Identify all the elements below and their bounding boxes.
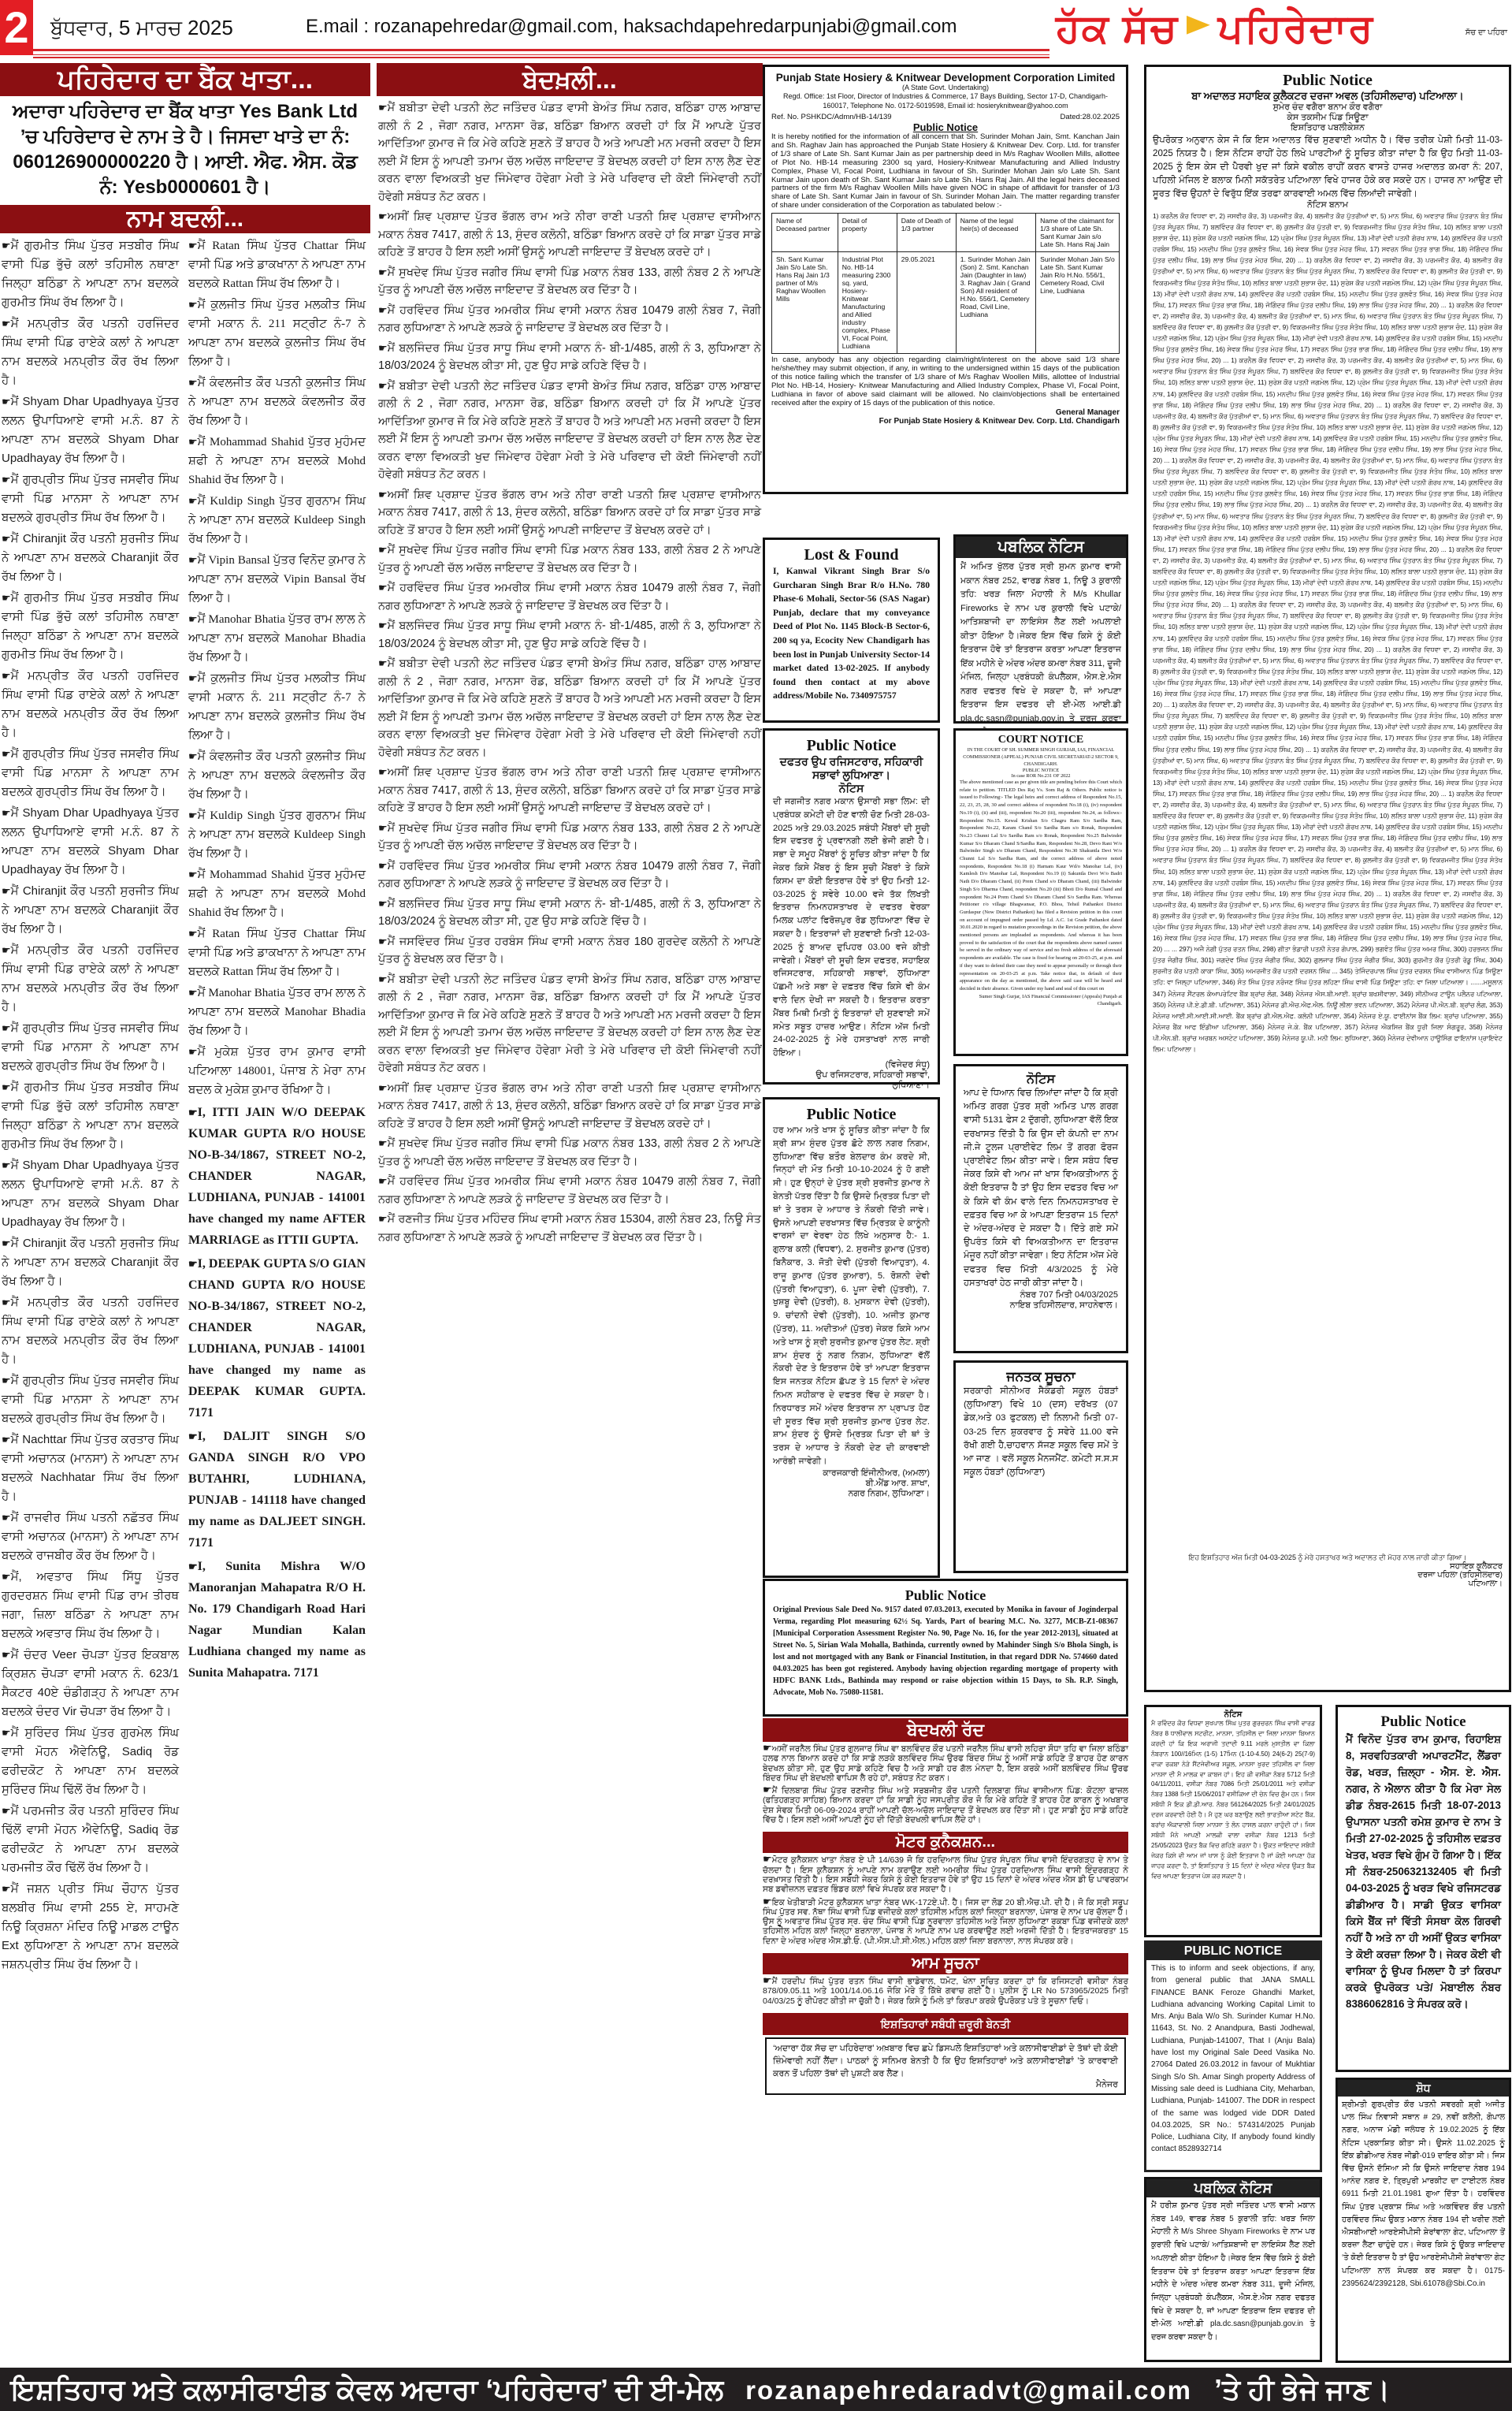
name-change-item: ਮੈਂ ਕੁਲਜੀਤ ਸਿੰਘ ਪੁੱਤਰ ਮਲਕੀਤ ਸਿੰਘ ਵਾਸੀ ਮਕ… <box>188 296 366 371</box>
name-change-item: ਮੈਂ Kuldip Singh ਪੁੱਤਰ ਗੁਰਨਾਮ ਸਿੰਘ ਨੇ ਆਪ… <box>188 492 366 549</box>
disinheritance-item: ਮੈਂ ਹਰਵਿੰਦਰ ਸਿੰਘ ਪੁੱਤਰ ਅਮਰੀਕ ਸਿੰਘ ਵਾਸੀ ਮ… <box>378 1173 761 1208</box>
court-signature: Sumer Singh Gurjar, IAS Financial Commis… <box>960 993 1122 1007</box>
motor-connection-list: ਮੋਟਰ ਕੁਨੈਕਸ਼ਨ ਖਾਤਾ ਨੰਬਰ ਏ ਪੀ 14/639 ਜੋ ਕ… <box>763 1853 1128 1950</box>
newspaper-logo: ਹੱਕ ਸੱਚਪਹਿਰੇਦਾਰ ਸੱਚ ਦਾ ਪਹਿਰਾ <box>1056 3 1509 54</box>
tehsildar-intro: ਉਪਰੋਕਤ ਅਨੁਵਾਨ ਕੇਸ ਜੋ ਕਿ ਇਸ ਅਦਾਲਤ ਵਿੱਚ ਸੁ… <box>1153 133 1503 200</box>
footer-text: ਇਸ਼ਤਿਹਾਰ ਅਤੇ ਕਲਾਸੀਫਾਈਡ ਕੇਵਲ ਅਦਾਰਾ ‘ਪਹਿਰੇ… <box>11 2373 723 2405</box>
column-disinheritance: ਬੇਦਖ਼ਲੀ... ਮੈਂ ਬਬੀਤਾ ਦੇਵੀ ਪਤਨੀ ਲੇਟ ਜਤਿੰਦ… <box>377 63 763 1704</box>
footer-email[interactable]: rozanapehredaradvt@gmail.com <box>745 2376 1192 2405</box>
name-change-item: ਮੈਂ Mohammad Shahid ਪੁੱਤਰ ਮੁਹੰਮਦ ਸ਼ਫੀ ਨੇ… <box>188 865 366 922</box>
name-change-item: ਮੈਂ Kuldip Singh ਪੁੱਤਰ ਗੁਰਨਾਮ ਸਿੰਘ ਨੇ ਆਪ… <box>188 806 366 863</box>
name-change-item: I, ITTI JAIN W/O DEEPAK KUMAR GUPTA R/O … <box>188 1102 366 1251</box>
page-number: 2 <box>0 0 33 55</box>
name-change-col-1: ਮੈਂ ਗੁਰਮੀਤ ਸਿੰਘ ਪੁੱਤਰ ਸਤਬੀਰ ਸਿੰਘ ਵਾਸੀ ਪਿ… <box>2 236 179 1977</box>
tehsildar-case-title: ਸੁਮੇਰ ਚੰਦ ਵਗੈਰਾ ਬਨਾਮ ਕੌਰ ਵਗੈਰਾ <box>1153 102 1503 113</box>
disinheritance-item: ਮੈਂ ਬਬੀਤਾ ਦੇਵੀ ਪਤਨੀ ਲੇਟ ਜਤਿੰਦਰ ਪੰਡਤ ਵਾਸੀ… <box>378 971 761 1077</box>
name-change-item: ਮੈਂ Ratan ਸਿੰਘ ਪੁੱਤਰ Chattar ਸਿੰਘ ਵਾਸੀ ਪ… <box>188 236 366 293</box>
bank-account-text: ਅਦਾਰਾ ਪਹਿਰੇਦਾਰ ਦਾ ਬੈਂਕ ਖਾਤਾ Yes Bank Ltd… <box>0 96 370 203</box>
name-change-item: ਮੈਂ Manohar Bhatia ਪੁੱਤਰ ਰਾਮ ਲਾਲ ਨੇ ਆਪਣਾ… <box>188 610 366 667</box>
shyam-title: ਪਬਲਿਕ ਨੋਟਿਸ <box>1146 2179 1320 2197</box>
name-change-item: ਮੈਂ Shyam Dhar Upadhyaya ਪੁੱਤਰ ਲਲਨ ਉਪਾਧਿ… <box>2 393 179 468</box>
bank-account-heading: ਪਹਿਰੇਦਾਰ ਦਾ ਬੈਂਕ ਖਾਤਾ... <box>0 63 370 96</box>
correction-notice: ਸ਼ੋਧ ਸ਼੍ਰੀਮਤੀ ਗੁਰਪ੍ਰੀਤ ਕੌਰ ਪਤਨੀ ਸਵਰਗੀ ਸ਼… <box>1336 2078 1511 2363</box>
disinheritance-item: ਮੈਂ ਜਸਵਿੰਦਰ ਸਿੰਘ ਪੁੱਤਰ ਹਰਬੰਸ ਸਿੰਘ ਵਾਸੀ ਮ… <box>378 933 761 969</box>
disinheritance-list: ਮੈਂ ਬਬੀਤਾ ਦੇਵੀ ਪਤਨੀ ਲੇਟ ਜਤਿੰਦਰ ਪੰਡਤ ਵਾਸੀ… <box>377 96 763 1704</box>
disinheritance-item: ਮੈਂ ਸੁਖਦੇਵ ਸਿੰਘ ਪੁੱਤਰ ਜਗੀਰ ਸਿੰਘ ਵਾਸੀ ਪਿੰ… <box>378 541 761 577</box>
jana-text: This is to inform and seek objections, i… <box>1146 1960 1320 2158</box>
disinheritance-revoked-list: ਅਸੀਂ ਜਰਨੈਲ ਸਿੰਘ ਪੁੱਤਰ ਗੁਲਜਾਰ ਸਿੰਘ ਵਾ ਬਲਵ… <box>763 1742 1128 1829</box>
disinheritance-item: ਮੈਂ ਬਬੀਤਾ ਦੇਵੀ ਪਤਨੀ ਲੇਟ ਜਤਿੰਦਰ ਪੰਡਤ ਵਾਸੀ… <box>378 655 761 761</box>
masthead: 2 ਬੁੱਧਵਾਰ, 5 ਮਾਰਚ 2025 E.mail : rozanape… <box>0 0 1512 61</box>
public-notice-shyam-fireworks: ਪਬਲਿਕ ਨੋਟਿਸ ਮੈਂ ਹਰੀਸ਼ ਕੁਮਾਰ ਪੁੱਤਰ ਸ੍ਰੀ ਜ… <box>1144 2177 1322 2362</box>
khanda-flag-icon <box>1187 16 1210 47</box>
name-change-item: ਮੈਂ ਰਾਜਵੀਰ ਸਿੰਘ ਪਤਨੀ ਨਛੱਤਰ ਸਿੰਘ ਵਾਸੀ ਅਚਾ… <box>2 1509 179 1565</box>
public-notice-cooperative: Public Notice ਦਫਤਰ ਉਪ ਰਜਿਸਟਰਾਰ, ਸਹਿਕਾਰੀ … <box>763 728 940 1085</box>
mansa-text: ਮੈ ਰਵਿੰਦਰ ਕੌਰ ਵਿਧਵਾ ਸੁਖਪਾਲ ਸਿੰਘ ਪੁਤਰ ਗੁਰ… <box>1151 1719 1315 1882</box>
table-cell: Surinder Mohan Jain S/o Late Sh. Sant Ku… <box>1036 252 1120 354</box>
name-change-item: ਮੈਂ ਮਨਪ੍ਰੀਤ ਕੌਰ ਪਤਨੀ ਹਰਜਿੰਦਰ ਸਿੰਘ ਵਾਸੀ ਪ… <box>2 314 179 390</box>
name-change-item: ਮੈਂ ਗੁਰਮੀਤ ਸਿੰਘ ਪੁੱਤਰ ਸਤਬੀਰ ਸਿੰਘ ਵਾਸੀ ਪਿ… <box>2 236 179 312</box>
tehsildar-signature: ਪਟਿਆਲਾ। <box>1153 1579 1503 1588</box>
table-cell: 1. Surinder Mohan Jain (Son) 2. Smt. Kan… <box>956 252 1035 354</box>
table-header: Name of Deceased partner <box>772 214 838 252</box>
table-cell: Sh. Sant Kumar Jain S/o Late Sh. Hans Ra… <box>772 252 838 354</box>
hosiery-subtitle: (A State Govt. Undertaking) <box>771 84 1120 91</box>
issue-date: ਬੁੱਧਵਾਰ, 5 ਮਾਰਚ 2025 <box>50 16 233 41</box>
ad-disclaimer-box: ‘ਅਦਾਰਾ ਹੱਕ ਸੱਚ ਦਾ ਪਹਿਰੇਦਾਰ’ ਅਖ਼ਬਾਰ ਵਿਚ ਛ… <box>765 2037 1126 2095</box>
compassion-signature: ਕਾਰਜਕਾਰੀ ਇੰਜੀਨੀਅਰ, (ਅਮਲਾ) <box>773 1468 930 1479</box>
name-change-item: ਮੈਂ Vipin Bansal ਪੁੱਤਰ ਵਿਨੋਦ ਕੁਮਾਰ ਨੇ ਆਪ… <box>188 551 366 608</box>
name-change-item: ਮੈਂ ਕੰਵਲਜੀਤ ਕੌਰ ਪਤਨੀ ਕੁਲਜੀਤ ਸਿੰਘ ਨੇ ਆਪਣਾ… <box>188 374 366 430</box>
correction-text: ਸ਼੍ਰੀਮਤੀ ਗੁਰਪ੍ਰੀਤ ਕੌਰ ਪਤਨੀ ਸਵਰਗੀ ਸ਼੍ਰੀ ਅ… <box>1338 2097 1509 2293</box>
mansa-title: ਨੋਟਿਸ <box>1151 1710 1315 1719</box>
disinheritance-item: ਮੈਂ ਬਲਜਿੰਦਰ ਸਿੰਘ ਪੁੱਤਰ ਸਾਧੂ ਸਿੰਘ ਵਾਸੀ ਮਕ… <box>378 895 761 931</box>
court-case: In case ROR No.231 OF 2022 <box>960 773 1122 779</box>
disinheritance-heading: ਬੇਦਖ਼ਲੀ... <box>377 63 763 96</box>
coop-signature: ਉਪ ਰਜਿਸਟਰਾਰ, ਸਹਿਕਾਰੀ ਸਭਾਵਾਂ, <box>773 1070 930 1081</box>
general-info-heading: ਆਮ ਸੂਚਨਾ <box>763 1953 1128 1974</box>
disinheritance-item: ਮੈਂ ਸੁਖਦੇਵ ਸਿੰਘ ਪੁੱਤਰ ਜਗੀਰ ਸਿੰਘ ਵਾਸੀ ਪਿੰ… <box>378 264 761 300</box>
table-header: Date of Death of 1/3 partner <box>897 214 956 252</box>
party-list-start: 1) ਕਰਨੈਲ ਕੌਰ ਵਿਧਵਾ ਵਾ, 2) ਜਸਵੀਰ ਕੌਰ, 3) … <box>1153 646 1503 709</box>
court-name: IN THE COURT OF SH. SUMMER SINGH GURJAR,… <box>960 746 1122 768</box>
bathinda-text: Original Previous Sale Deed No. 9157 dat… <box>773 1604 1118 1698</box>
name-change-item: ਮੈਂ ਪਰਮਜੀਤ ਕੌਰ ਪਤਨੀ ਸੁਰਿੰਦਰ ਸਿੰਘ ਢਿੱਲੋਂ … <box>2 1802 179 1877</box>
disclaimer-signature: ਮੈਨੇਜਰ <box>773 2080 1118 2090</box>
party-list-start: 1) ਕਰਨੈਲ ਕੌਰ ਵਿਧਵਾ ਵਾ, 2) ਜਸਵੀਰ ਕੌਰ, 3) … <box>1153 890 1503 953</box>
logo-text-part: ਪਹਿਰੇਦਾਰ <box>1218 6 1374 50</box>
tehsildar-party-list: 1) ਕਰਨੈਲ ਕੌਰ ਵਿਧਵਾ ਵਾ, 2) ਜਸਵੀਰ ਕੌਰ, 3) … <box>1153 210 1503 1550</box>
hosiery-address: Regd. Office: 1st Floor, Director of Ind… <box>771 91 1120 110</box>
ad-disclaimer-heading: ਇਸ਼ਤਿਹਾਰਾਂ ਸਬੰਧੀ ਜ਼ਰੂਰੀ ਬੇਨਤੀ <box>763 2013 1128 2035</box>
hosiery-signatory-org: For Punjab State Hosiery & Knitwear Dev.… <box>771 417 1120 426</box>
compassion-title: Public Notice <box>773 1106 930 1124</box>
khullar-title: ਪਬਲਿਕ ਨੋਟਿਸ <box>956 537 1126 558</box>
public-notice-khullar: ਪਬਲਿਕ ਨੋਟਿਸ ਮੈਂ ਅਮਿਤ ਖੁੱਲਰ ਪੁੱਤਰ ਸ੍ਰੀ ਸੁ… <box>953 534 1128 724</box>
public-information-auction: ਜਨਤਕ ਸੂਚਨਾ ਸਰਕਾਰੀ ਸੀਨੀਅਰ ਸੈਕੰਡਰੀ ਸਕੂਲ ਹੰ… <box>953 1360 1128 1573</box>
compassion-signature: ਬੀ.ਐਂਡ ਆਰ. ਸ਼ਾਖਾ, <box>773 1479 930 1489</box>
public-info-title: ਜਨਤਕ ਸੂਚਨਾ <box>964 1369 1118 1385</box>
name-change-item: ਮੈਂ ਕੰਵਲਜੀਤ ਕੌਰ ਪਤਨੀ ਕੁਲਜੀਤ ਸਿੰਘ ਨੇ ਆਪਣਾ… <box>188 747 366 804</box>
party-list-start: 1) ਕਰਨੈਲ ਕੌਰ ਵਿਧਵਾ ਵਾ, 2) ਜਸਵੀਰ ਕੌਰ, 3) … <box>1153 301 1503 364</box>
name-change-item: ਮੈਂ Shyam Dhar Upadhyaya ਪੁੱਤਰ ਲਲਨ ਉਪਾਧਿ… <box>2 1156 179 1232</box>
disinheritance-item: ਮੈਂ ਹਰਵਿੰਦਰ ਸਿੰਘ ਪੁੱਤਰ ਅਮਰੀਕ ਸਿੰਘ ਵਾਸੀ ਮ… <box>378 579 761 615</box>
name-change-item: ਮੈਂ ਮਨਪ੍ਰੀਤ ਕੌਰ ਪਤਨੀ ਹਰਜਿੰਦਰ ਸਿੰਘ ਵਾਸੀ ਪ… <box>2 667 179 742</box>
hosiery-table: Name of Deceased partner Detail of prope… <box>771 213 1120 354</box>
court-notice: COURT NOTICE IN THE COURT OF SH. SUMMER … <box>953 728 1128 1056</box>
disinheritance-item: ਮੈਂ ਹਰਵਿੰਦਰ ਸਿੰਘ ਪੁੱਤਰ ਅਮਰੀਕ ਸਿੰਘ ਵਾਸੀ ਮ… <box>378 858 761 893</box>
garg-ref: ਨੰਬਰ 707 ਮਿਤੀ 04/03/2025 <box>964 1290 1118 1300</box>
name-change-item: ਮੈਂ ਕੁਲਜੀਤ ਸਿੰਘ ਪੁੱਤਰ ਮਲਕੀਤ ਸਿੰਘ ਵਾਸੀ ਮਕ… <box>188 669 366 745</box>
name-change-item: ਮੈਂ Mohammad Shahid ਪੁੱਤਰ ਮੁਹੰਮਦ ਸ਼ਫੀ ਨੇ… <box>188 433 366 489</box>
general-info-item: ਮੈਂ ਹਰਦੀਪ ਸਿੰਘ ਪੁੱਤਰ ਰਤਨ ਸਿੰਘ ਵਾਸੀ ਭਾਡੇਵ… <box>763 1976 1128 2006</box>
jana-title: PUBLIC NOTICE <box>1146 1943 1320 1960</box>
hosiery-closing: In case, anybody has any objection regar… <box>771 356 1120 407</box>
name-change-item: ਮੈਂ Ratan ਸਿੰਘ ਪੁੱਤਰ Chattar ਸਿੰਘ ਵਾਸੀ ਪ… <box>188 925 366 981</box>
table-header: Name of the legal heir(s) of deceased <box>956 214 1035 252</box>
shyam-text: ਮੈਂ ਹਰੀਸ਼ ਕੁਮਾਰ ਪੁੱਤਰ ਸ੍ਰੀ ਜਤਿੰਦਰ ਪਾਲ ਵਾ… <box>1146 2197 1320 2347</box>
tehsildar-list-heading: ਨੋਟਿਸ ਬਨਾਮ <box>1153 200 1503 210</box>
garg-signature: ਨਾਇਬ ਤਹਿਸੀਲਦਾਰ, ਸਾਹਨੇਵਾਲ। <box>964 1300 1118 1311</box>
name-change-heading: ਨਾਮ ਬਦਲੀ... <box>0 205 370 233</box>
name-change-item: ਮੈਂ ਮਨਪ੍ਰੀਤ ਕੌਰ ਪਤਨੀ ਹਰਜਿੰਦਰ ਸਿੰਘ ਵਾਸੀ ਪ… <box>2 1293 179 1369</box>
tehsildar-court: ਬਾ ਅਦਾਲਤ ਸਹਾਇਕ ਕੁਲੈਕਟਰ ਦਰਜਾ ਅਵਲ (ਤਹਿਸੀਲਦ… <box>1153 90 1503 102</box>
contact-emails: E.mail : rozanapehredar@gmail.com, haksa… <box>306 16 957 38</box>
tehsildar-signature: ਦਰਜਾ ਪਹਿਲਾ (ਤਹਿਸੀਲਦਾਰ) <box>1153 1571 1503 1579</box>
disinheritance-item: ਅਸੀਂ ਸ਼ਿਵ ਪ੍ਰਸ਼ਾਦ ਪੁੱਤਰ ਭੱਗਲ ਰਾਮ ਅਤੇ ਨੀਰ… <box>378 486 761 540</box>
name-change-item: ਮੈਂ ਸੁਰਿੰਦਰ ਸਿੰਘ ਪੁੱਤਰ ਗੁਰਮੇਲ ਸਿੰਘ ਵਾਸੀ … <box>2 1724 179 1799</box>
disinheritance-item: ਮੈਂ ਬਬੀਤਾ ਦੇਵੀ ਪਤਨੀ ਲੇਟ ਜਤਿੰਦਰ ਪੰਡਤ ਵਾਸੀ… <box>378 99 761 206</box>
column-lower-sections: ਬੇਦਖਲੀ ਰੱਦ ਅਸੀਂ ਜਰਨੈਲ ਸਿੰਘ ਪੁੱਤਰ ਗੁਲਜਾਰ … <box>763 1718 1128 2095</box>
name-change-item: ਮੈਂ ਮਨਪ੍ਰੀਤ ਕੌਰ ਪਤਨੀ ਹਰਜਿੰਦਰ ਸਿੰਘ ਵਾਸੀ ਪ… <box>2 941 179 1017</box>
party-list-start: 1) ਕਰਨੈਲ ਕੌਰ ਵਿਧਵਾ ਵਾ, 2) ਜਸਵੀਰ ਕੌਰ, 3) … <box>1153 401 1503 464</box>
name-change-item: ਮੈਂ Chiranjit ਕੌਰ ਪਤਨੀ ਸੁਰਜੀਤ ਸਿੰਘ ਨੇ ਆਪ… <box>2 530 179 586</box>
public-notice-bathinda: Public Notice Original Previous Sale Dee… <box>763 1579 1128 1717</box>
logo-tagline: ਸੱਚ ਦਾ ਪਹਿਰਾ <box>1466 8 1507 58</box>
bathinda-title: Public Notice <box>773 1587 1118 1604</box>
kharar-title: Public Notice <box>1346 1713 1501 1731</box>
name-change-item: ਮੈਂ Chiranjit ਕੌਰ ਪਤਨੀ ਸੁਰਜੀਤ ਸਿੰਘ ਨੇ ਆਪ… <box>2 882 179 939</box>
public-notice-compassionate: Public Notice ਹਰ ਆਮ ਅਤੇ ਖਾਸ ਨੂੰ ਸੂਚਿਤ ਕੀ… <box>763 1097 940 1578</box>
name-change-item: ਮੈਂ Manohar Bhatia ਪੁੱਤਰ ਰਾਮ ਲਾਲ ਨੇ ਆਪਣਾ… <box>188 984 366 1040</box>
name-change-item: ਮੈਂ ਗੁਰਮੀਤ ਸਿੰਘ ਪੁੱਤਰ ਸਤਬੀਰ ਸਿੰਘ ਵਾਸੀ ਪਿ… <box>2 1078 179 1154</box>
table-header-row: Name of Deceased partner Detail of prope… <box>772 214 1120 252</box>
hosiery-ref-row: Ref. No. PSHKDC/Admn/HB-14/139 Dated:28.… <box>771 113 1120 121</box>
logo-text-part: ਹੱਕ ਸੱਚ <box>1056 6 1179 50</box>
tehsildar-public-notice: Public Notice ਬਾ ਅਦਾਲਤ ਸਹਾਇਕ ਕੁਲੈਕਟਰ ਦਰਜ… <box>1144 65 1511 1692</box>
party-list-start: 1) ਕਰਨੈਲ ਕੌਰ ਵਿਧਵਾ ਵਾ, 2) ਜਸਵੀਰ ਕੌਰ, 3) … <box>1153 545 1503 608</box>
tehsildar-issued: ਇਹ ਇਸ਼ਤਿਹਾਰ ਅੱਜ ਮਿਤੀ 04-03-2025 ਨੂੰ ਮੇਰੇ… <box>1153 1553 1503 1562</box>
disinheritance-item: ਮੈਂ ਸੁਖਦੇਵ ਸਿੰਘ ਪੁੱਤਰ ਜਗੀਰ ਸਿੰਘ ਵਾਸੀ ਪਿੰ… <box>378 1135 761 1170</box>
name-change-item: ਮੈਂ Chiranjit ਕੌਰ ਪਤਨੀ ਸੁਰਜੀਤ ਸਿੰਘ ਨੇ ਆਪ… <box>2 1234 179 1291</box>
disinheritance-item: ਅਸੀਂ ਸ਼ਿਵ ਪ੍ਰਸ਼ਾਦ ਪੁੱਤਰ ਭੱਗਲ ਰਾਮ ਅਤੇ ਨੀਰ… <box>378 1080 761 1133</box>
table-cell: Industrial Plot No. HB-14 measuring 2300… <box>838 252 897 354</box>
name-change-columns: ਮੈਂ ਗੁਰਮੀਤ ਸਿੰਘ ਪੁੱਤਰ ਸਤਬੀਰ ਸਿੰਘ ਵਾਸੀ ਪਿ… <box>0 233 370 1980</box>
name-change-item: ਮੈਂ ਗੁਰਪ੍ਰੀਤ ਸਿੰਘ ਪੁੱਤਰ ਜਸਵੀਰ ਸਿੰਘ ਵਾਸੀ … <box>2 471 179 527</box>
masthead-rule <box>33 49 1049 58</box>
name-change-item: ਮੈਂ ਗੁਰਪ੍ਰੀਤ ਸਿੰਘ ਪੁੱਤਰ ਜਸਵੀਰ ਸਿੰਘ ਵਾਸੀ … <box>2 1371 179 1428</box>
lost-found-text: I, Kanwal Vikrant Singh Brar S/o Gurchar… <box>773 564 930 703</box>
hosiery-public-notice: Punjab State Hosiery & Knitwear Developm… <box>763 65 1128 494</box>
coop-signature: ਲੁਧਿਆਣਾ। <box>773 1081 930 1091</box>
coop-title: Public Notice <box>773 737 930 755</box>
disinheritance-item: ਮੈਂ ਹਰਵਿੰਦਰ ਸਿੰਘ ਪੁੱਤਰ ਅਮਰੀਕ ਸਿੰਘ ਵਾਸੀ ਮ… <box>378 302 761 337</box>
name-change-item: ਮੈਂ Shyam Dhar Upadhyaya ਪੁੱਤਰ ਲਲਨ ਉਪਾਧਿ… <box>2 804 179 880</box>
name-change-item: ਮੈਂ ਜਸ਼ਨ ਪ੍ਰੀਤ ਸਿੰਘ ਚੌਹਾਨ ਪੁੱਤਰ ਬਲਬੀਰ ਸਿ… <box>2 1880 179 1974</box>
name-change-item: I, DEEPAK GUPTA S/O GIAN CHAND GUPTA R/O… <box>188 1253 366 1423</box>
kharar-text: ਮੈਂ ਵਿਨੋਦ ਪੁੱਤਰ ਰਾਮ ਕੁਮਾਰ, ਰਿਹਾਇਸ਼ 8, ਸਰ… <box>1346 1731 1501 2012</box>
motor-item: ਮੋਟਰ ਕੁਨੈਕਸ਼ਨ ਖਾਤਾ ਨੰਬਰ ਏ ਪੀ 14/639 ਜੋ ਕ… <box>763 1855 1128 1894</box>
correction-title: ਸ਼ੋਧ <box>1338 2080 1509 2097</box>
hosiery-title: Public Notice <box>771 121 1120 133</box>
motor-connection-heading: ਮੋਟਰ ਕੁਨੈਕਸ਼ਨ... <box>763 1832 1128 1853</box>
name-change-item: ਮੈਂ Nachttar ਸਿੰਘ ਪੁੱਤਰ ਕਰਤਾਰ ਸਿੰਘ ਵਾਸੀ … <box>2 1431 179 1506</box>
garg-text: ਆਪ ਦੇ ਧਿਆਨ ਵਿਚ ਲਿਆਂਦਾ ਜਾਂਦਾ ਹੈ ਕਿ ਸ਼੍ਰੀ … <box>964 1087 1118 1290</box>
hosiery-ref-no: Ref. No. PSHKDC/Admn/HB-14/139 <box>771 113 892 121</box>
hosiery-date: Dated:28.02.2025 <box>1060 113 1120 121</box>
name-change-item: ਮੈਂ ਚੰਦਰ Veer ਚੋਪੜਾ ਪੁੱਤਰ ਇਕਬਾਲ ਕ੍ਰਿਸ਼ਨ … <box>2 1646 179 1721</box>
name-change-col-2: ਮੈਂ Ratan ਸਿੰਘ ਪੁੱਤਰ Chattar ਸਿੰਘ ਵਾਸੀ ਪ… <box>188 236 366 1977</box>
tehsildar-signature: ਸਹਾਇਕ ਕੁਲੈਕਟਰ <box>1153 1562 1503 1571</box>
hosiery-signatory: General Manager <box>771 408 1120 417</box>
table-cell: 29.05.2021 <box>897 252 956 354</box>
name-change-item: ਮੈਂ ਗੁਰਪ੍ਰੀਤ ਸਿੰਘ ਪੁੱਤਰ ਜਸਵੀਰ ਸਿੰਘ ਵਾਸੀ … <box>2 1019 179 1076</box>
disinheritance-item: ਮੈਂ ਰਣਜੀਤ ਸਿੰਘ ਪੁੱਤਰ ਮਹਿੰਦਰ ਸਿੰਘ ਵਾਸੀ ਮਕ… <box>378 1211 761 1246</box>
disinheritance-item: ਮੈਂ ਬਬੀਤਾ ਦੇਵੀ ਪਤਨੀ ਲੇਟ ਜਤਿੰਦਰ ਪੰਡਤ ਵਾਸੀ… <box>378 378 761 484</box>
coop-label: ਨੋਟਿਸ <box>773 782 930 795</box>
revoked-item: ਅਸੀਂ ਜਰਨੈਲ ਸਿੰਘ ਪੁੱਤਰ ਗੁਲਜਾਰ ਸਿੰਘ ਵਾ ਬਲਵ… <box>763 1743 1128 1783</box>
khullar-text: ਮੈਂ ਅਮਿਤ ਖੁੱਲਰ ਪੁੱਤਰ ਸ੍ਰੀ ਸੁਮਨ ਕੁਮਾਰ ਵਾਸ… <box>956 558 1126 742</box>
disinheritance-item: ਮੈਂ ਸੁਖਦੇਵ ਸਿੰਘ ਪੁੱਤਰ ਜਗੀਰ ਸਿੰਘ ਵਾਸੀ ਪਿੰ… <box>378 820 761 855</box>
disinheritance-item: ਅਸੀਂ ਸ਼ਿਵ ਪ੍ਰਸ਼ਾਦ ਪੁੱਤਰ ਭੱਗਲ ਰਾਮ ਅਤੇ ਨੀਰ… <box>378 208 761 262</box>
name-change-item: ਮੈਂ, ਅਵਤਾਰ ਸਿੰਘ ਸਿੱਧੂ ਪੁੱਤਰ ਗੁਰਦਰਸ਼ਨ ਸਿੰ… <box>2 1568 179 1643</box>
disinheritance-item: ਮੈਂ ਬਲਜਿੰਦਰ ਸਿੰਘ ਪੁੱਤਰ ਸਾਧੂ ਸਿੰਘ ਵਾਸੀ ਮਕ… <box>378 340 761 375</box>
disinheritance-item: ਅਸੀਂ ਸ਼ਿਵ ਪ੍ਰਸ਼ਾਦ ਪੁੱਤਰ ਭੱਗਲ ਰਾਮ ਅਤੇ ਨੀਰ… <box>378 764 761 817</box>
motor-item: ਇਕ ਖੇਤੀਬਾੜੀ ਮੋਟਰ ਕੁਨੈਕਸਨ ਖਾਤਾ ਨੰਬਰ WK-17… <box>763 1897 1128 1946</box>
disclaimer-text: ‘ਅਦਾਰਾ ਹੱਕ ਸੱਚ ਦਾ ਪਹਿਰੇਦਾਰ’ ਅਖ਼ਬਾਰ ਵਿਚ ਛ… <box>773 2042 1118 2080</box>
name-change-item: ਮੈਂ ਗੁਰਮੀਤ ਸਿੰਘ ਪੁੱਤਰ ਸਤਬੀਰ ਸਿੰਘ ਵਾਸੀ ਪਿ… <box>2 589 179 664</box>
party-list-start: 1) ਕਰਨੈਲ ਕੌਰ ਵਿਧਵਾ ਵਾ, 2) ਜਸਵੀਰ ਕੌਰ, 3) … <box>1153 790 1503 853</box>
revoked-item: ਮੈਂ ਦਿਲਬਾਗ ਸਿੰਘ ਪੁੱਤਰ ਰਣਜੀਤ ਸਿੰਘ ਅਤੇ ਸਰਬ… <box>763 1785 1128 1825</box>
hosiery-intro: It is hereby notified for the informatio… <box>771 133 1120 210</box>
tehsildar-case-type: ਕੇਸ ਤਕਸੀਮ ਪਿੰਡ ਸਿਊਣਾ <box>1153 113 1503 123</box>
public-notice-jana-bank: PUBLIC NOTICE This is to inform and seek… <box>1144 1940 1322 2172</box>
compassion-signature: ਨਗਰ ਨਿਗਮ, ਲੁਧਿਆਣਾ। <box>773 1489 930 1499</box>
public-notice-kharar: Public Notice ਮੈਂ ਵਿਨੋਦ ਪੁੱਤਰ ਰਾਮ ਕੁਮਾਰ,… <box>1336 1705 1511 2072</box>
notice-garg-forge: ਨੋਟਿਸ ਆਪ ਦੇ ਧਿਆਨ ਵਿਚ ਲਿਆਂਦਾ ਜਾਂਦਾ ਹੈ ਕਿ … <box>953 1064 1128 1353</box>
compassion-text: ਹਰ ਆਮ ਅਤੇ ਖਾਸ ਨੂੰ ਸੂਚਿਤ ਕੀਤਾ ਜਾਂਦਾ ਹੈ ਕਿ… <box>773 1124 930 1468</box>
disinheritance-revoked-heading: ਬੇਦਖਲੀ ਰੱਦ <box>763 1718 1128 1742</box>
name-change-item: I, DALJIT SINGH S/O GANDA SINGH R/O VPO … <box>188 1426 366 1553</box>
public-info-text: ਸਰਕਾਰੀ ਸੀਨੀਅਰ ਸੈਕੰਡਰੀ ਸਕੂਲ ਹੰਬੜਾਂ (ਲੁਧਿਆ… <box>964 1385 1118 1479</box>
name-change-item: ਮੈਂ ਗੁਰਪ੍ਰੀਤ ਸਿੰਘ ਪੁੱਤਰ ਜਸਵੀਰ ਸਿੰਘ ਵਾਸੀ … <box>2 745 179 802</box>
lost-found-title: Lost & Found <box>773 546 930 564</box>
name-change-item: ਮੈਂ ਮੁਕੇਸ਼ ਪੁੱਤਰ ਰਾਮ ਕੁਮਾਰ ਵਾਸੀ ਪਟਿਆਲਾ 1… <box>188 1043 366 1099</box>
lost-and-found-notice: Lost & Found I, Kanwal Vikrant Singh Bra… <box>763 538 940 723</box>
notice-mansa: ਨੋਟਿਸ ਮੈ ਰਵਿੰਦਰ ਕੌਰ ਵਿਧਵਾ ਸੁਖਪਾਲ ਸਿੰਘ ਪੁ… <box>1144 1705 1322 1937</box>
column-name-change: ਪਹਿਰੇਦਾਰ ਦਾ ਬੈਂਕ ਖਾਤਾ... ਅਦਾਰਾ ਪਹਿਰੇਦਾਰ … <box>0 63 370 1980</box>
coop-subtitle: ਦਫਤਰ ਉਪ ਰਜਿਸਟਰਾਰ, ਸਹਿਕਾਰੀ ਸਭਾਵਾਂ ਲੁਧਿਆਣਾ… <box>773 755 930 782</box>
party-list-end: ... 297) ਅਜੈ ਨੇਗੀ ਪੁੱਤਰ ਰਤਨ ਸਿੰਘ, 298) ਗ… <box>1153 945 1503 1053</box>
general-info-list: ਮੈਂ ਹਰਦੀਪ ਸਿੰਘ ਪੁੱਤਰ ਰਤਨ ਸਿੰਘ ਵਾਸੀ ਭਾਡੇਵ… <box>763 1974 1128 2010</box>
tehsildar-title: Public Notice <box>1153 72 1503 90</box>
table-header: Name of the claimant for 1/3 share of La… <box>1036 214 1120 252</box>
coop-signature: (ਵਿਜੇਦਰ ਸੰਧੂ) <box>773 1060 930 1070</box>
court-notice-title: COURT NOTICE <box>960 734 1122 746</box>
court-label: PUBLIC NOTICE <box>960 768 1122 773</box>
tehsildar-publication: ਇਸ਼ਤਿਹਾਰ ਪਬਲੀਕੇਸ਼ਨ <box>1153 123 1503 133</box>
coop-text: ਦੀ ਜਗਜੀਤ ਨਗਰ ਮਕਾਨ ਉਸਾਰੀ ਸਭਾ ਲਿਮ: ਦੀ ਪ੍ਰਬ… <box>773 795 930 1060</box>
footer-suffix: ’ਤੇ ਹੀ ਭੇਜੇ ਜਾਣ। <box>1214 2373 1390 2405</box>
footer-banner: ਇਸ਼ਤਿਹਾਰ ਅਤੇ ਕਲਾਸੀਫਾਈਡ ਕੇਵਲ ਅਦਾਰਾ ‘ਪਹਿਰੇ… <box>0 2368 1512 2411</box>
table-header: Detail of property <box>838 214 897 252</box>
court-text: The above mentioned case as per given ti… <box>960 779 1122 993</box>
name-change-item: I, Sunita Mishra W/O Manoranjan Mahapatr… <box>188 1556 366 1684</box>
hosiery-org: Punjab State Hosiery & Knitwear Developm… <box>771 72 1120 84</box>
garg-title: ਨੋਟਿਸ <box>964 1073 1118 1087</box>
table-row: Sh. Sant Kumar Jain S/o Late Sh. Hans Ra… <box>772 252 1120 354</box>
disinheritance-item: ਮੈਂ ਬਲਜਿੰਦਰ ਸਿੰਘ ਪੁੱਤਰ ਸਾਧੂ ਸਿੰਘ ਵਾਸੀ ਮਕ… <box>378 617 761 653</box>
